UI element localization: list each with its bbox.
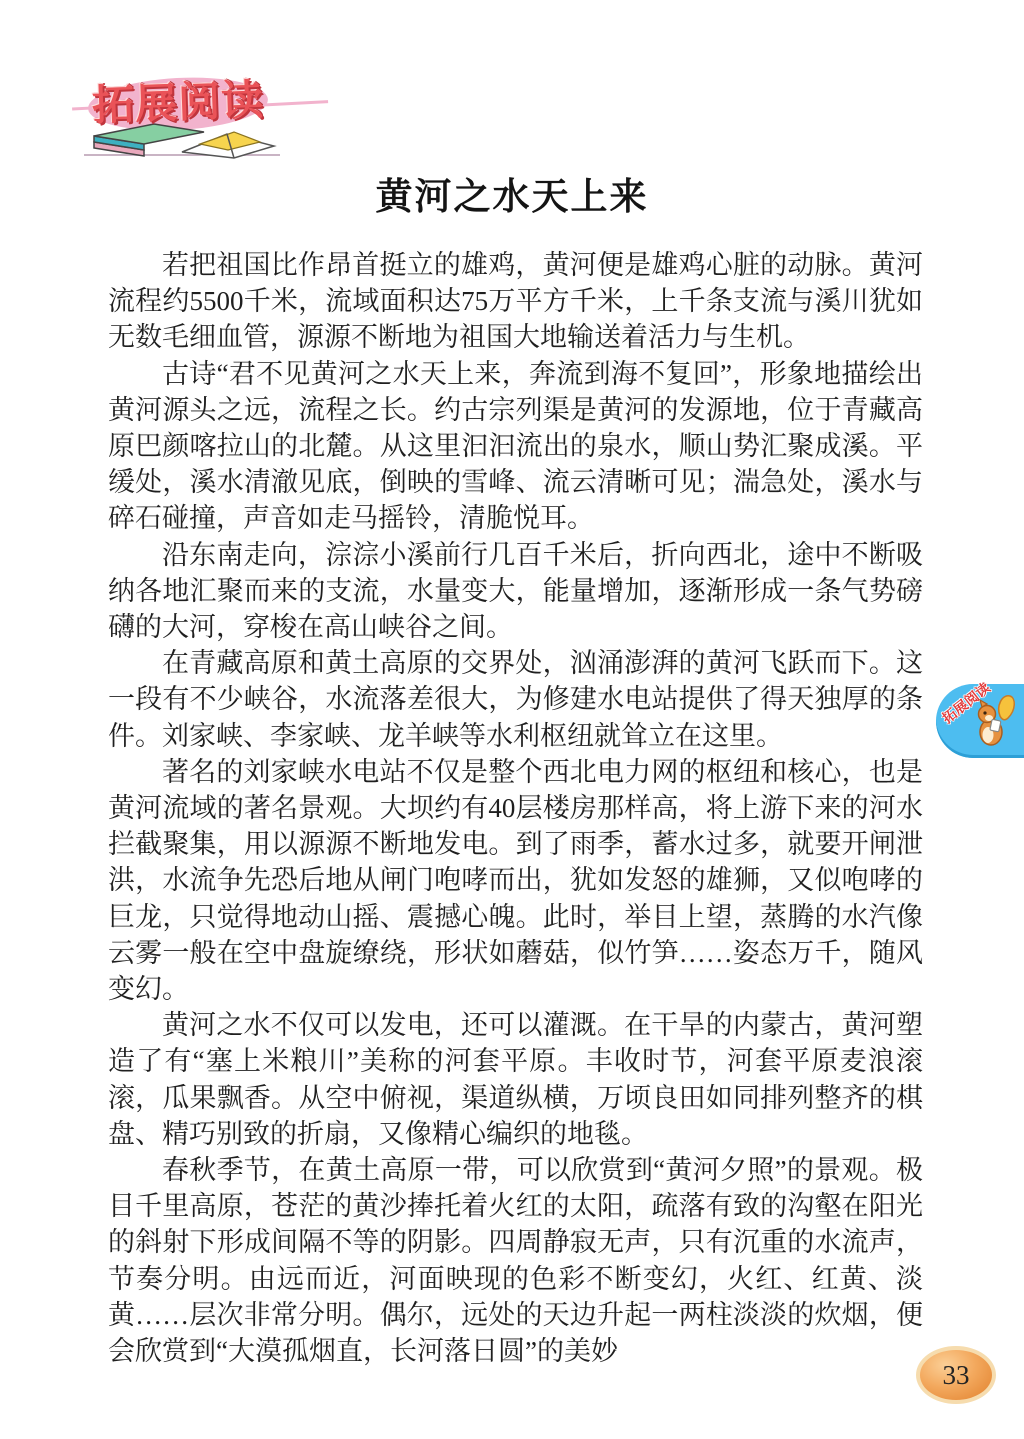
paragraph-1: 若把祖国比作昂首挺立的雄鸡，黄河便是雄鸡心脏的动脉。黄河流程约5500千米，流域… <box>108 247 923 356</box>
page-number-badge: 33 <box>916 1346 996 1404</box>
paragraph-5: 著名的刘家峡水电站不仅是整个西北电力网的枢纽和核心，也是黄河流域的著名景观。大坝… <box>108 754 923 1007</box>
paragraph-4: 在青藏高原和黄土高原的交界处，汹涌澎湃的黄河飞跃而下。这一段有不少峡谷，水流落差… <box>108 645 923 754</box>
squirrel-icon <box>974 692 1016 750</box>
paragraph-2: 古诗“君不见黄河之水天上来，奔流到海不复回”，形象地描绘出黄河源头之远，流程之长… <box>108 356 923 537</box>
paragraph-6: 黄河之水不仅可以发电，还可以灌溉。在干旱的内蒙古，黄河塑造了有“塞上米粮川”美称… <box>108 1007 923 1152</box>
paragraph-3: 沿东南走向，淙淙小溪前行几百千米后，折向西北，途中不断吸纳各地汇聚而来的支流，水… <box>108 537 923 646</box>
article-body: 若把祖国比作昂首挺立的雄鸡，黄河便是雄鸡心脏的动脉。黄河流程约5500千米，流域… <box>108 247 923 1369</box>
article-title: 黄河之水天上来 <box>0 166 1024 220</box>
side-tab: 拓展阅读 <box>936 684 1024 758</box>
extended-reading-logo: 拓展阅读 <box>82 68 292 156</box>
page-number: 33 <box>943 1360 970 1391</box>
paragraph-7: 春秋季节，在黄土高原一带，可以欣赏到“黄河夕照”的景观。极目千里高原，苍茫的黄沙… <box>108 1152 923 1369</box>
logo-title: 拓展阅读 <box>91 67 265 133</box>
textbook-page: 拓展阅读 黄河之水天上来 若把祖国比作昂首挺立的雄鸡，黄河便是雄鸡心脏的动脉。黄… <box>0 0 1024 1439</box>
